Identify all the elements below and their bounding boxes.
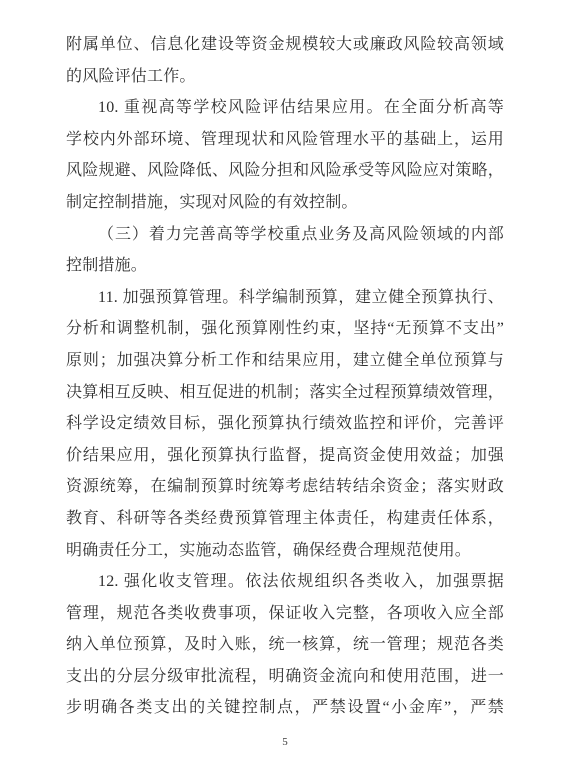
- text-line: 科学设定绩效目标，强化预算执行绩效监控和评价，完善评: [66, 408, 504, 440]
- text-line: 分析和调整机制，强化预算刚性约束，坚持“无预算不支出”: [66, 313, 504, 345]
- text-line: 教育、科研等各类经费预算管理主体责任，构建责任体系，: [66, 503, 504, 535]
- text-line: 原则；加强决算分析工作和结果应用，建立健全单位预算与: [66, 345, 504, 377]
- text-line: 10. 重视高等学校风险评估结果应用。在全面分析高等: [66, 92, 504, 124]
- text-line: 制定控制措施，实现对风险的有效控制。: [66, 187, 504, 219]
- text-line: 明确责任分工，实施动态监管，确保经费合理规范使用。: [66, 535, 504, 567]
- text-line: 的风险评估工作。: [66, 61, 504, 93]
- text-line: 决算相互反映、相互促进的机制；落实全过程预算绩效管理，: [66, 377, 504, 409]
- document-text-block: 附属单位、信息化建设等资金规模较大或廉政风险较高领域的风险评估工作。10. 重视…: [66, 29, 504, 724]
- text-line: 附属单位、信息化建设等资金规模较大或廉政风险较高领域: [66, 29, 504, 61]
- text-line: 控制措施。: [66, 250, 504, 282]
- document-page: 附属单位、信息化建设等资金规模较大或廉政风险较高领域的风险评估工作。10. 重视…: [0, 0, 570, 764]
- text-line: 管理，规范各类收费事项，保证收入完整，各项收入应全部: [66, 598, 504, 630]
- text-line: 步明确各类支出的关键控制点，严禁设置“小金库”，严禁: [66, 692, 504, 724]
- text-line: 资源统筹，在编制预算时统筹考虑结转结余资金；落实财政: [66, 471, 504, 503]
- text-line: 12. 强化收支管理。依法依规组织各类收入，加强票据: [66, 566, 504, 598]
- text-line: 风险规避、风险降低、风险分担和风险承受等风险应对策略，: [66, 155, 504, 187]
- text-line: 价结果应用，强化预算执行监督，提高资金使用效益；加强: [66, 440, 504, 472]
- text-line: 纳入单位预算，及时入账，统一核算，统一管理；规范各类: [66, 629, 504, 661]
- text-line: 11. 加强预算管理。科学编制预算，建立健全预算执行、: [66, 282, 504, 314]
- text-line: 支出的分层分级审批流程，明确资金流向和使用范围，进一: [66, 661, 504, 693]
- text-line: （三）着力完善高等学校重点业务及高风险领域的内部: [66, 219, 504, 251]
- page-number: 5: [0, 735, 570, 749]
- text-line: 学校内外部环境、管理现状和风险管理水平的基础上，运用: [66, 124, 504, 156]
